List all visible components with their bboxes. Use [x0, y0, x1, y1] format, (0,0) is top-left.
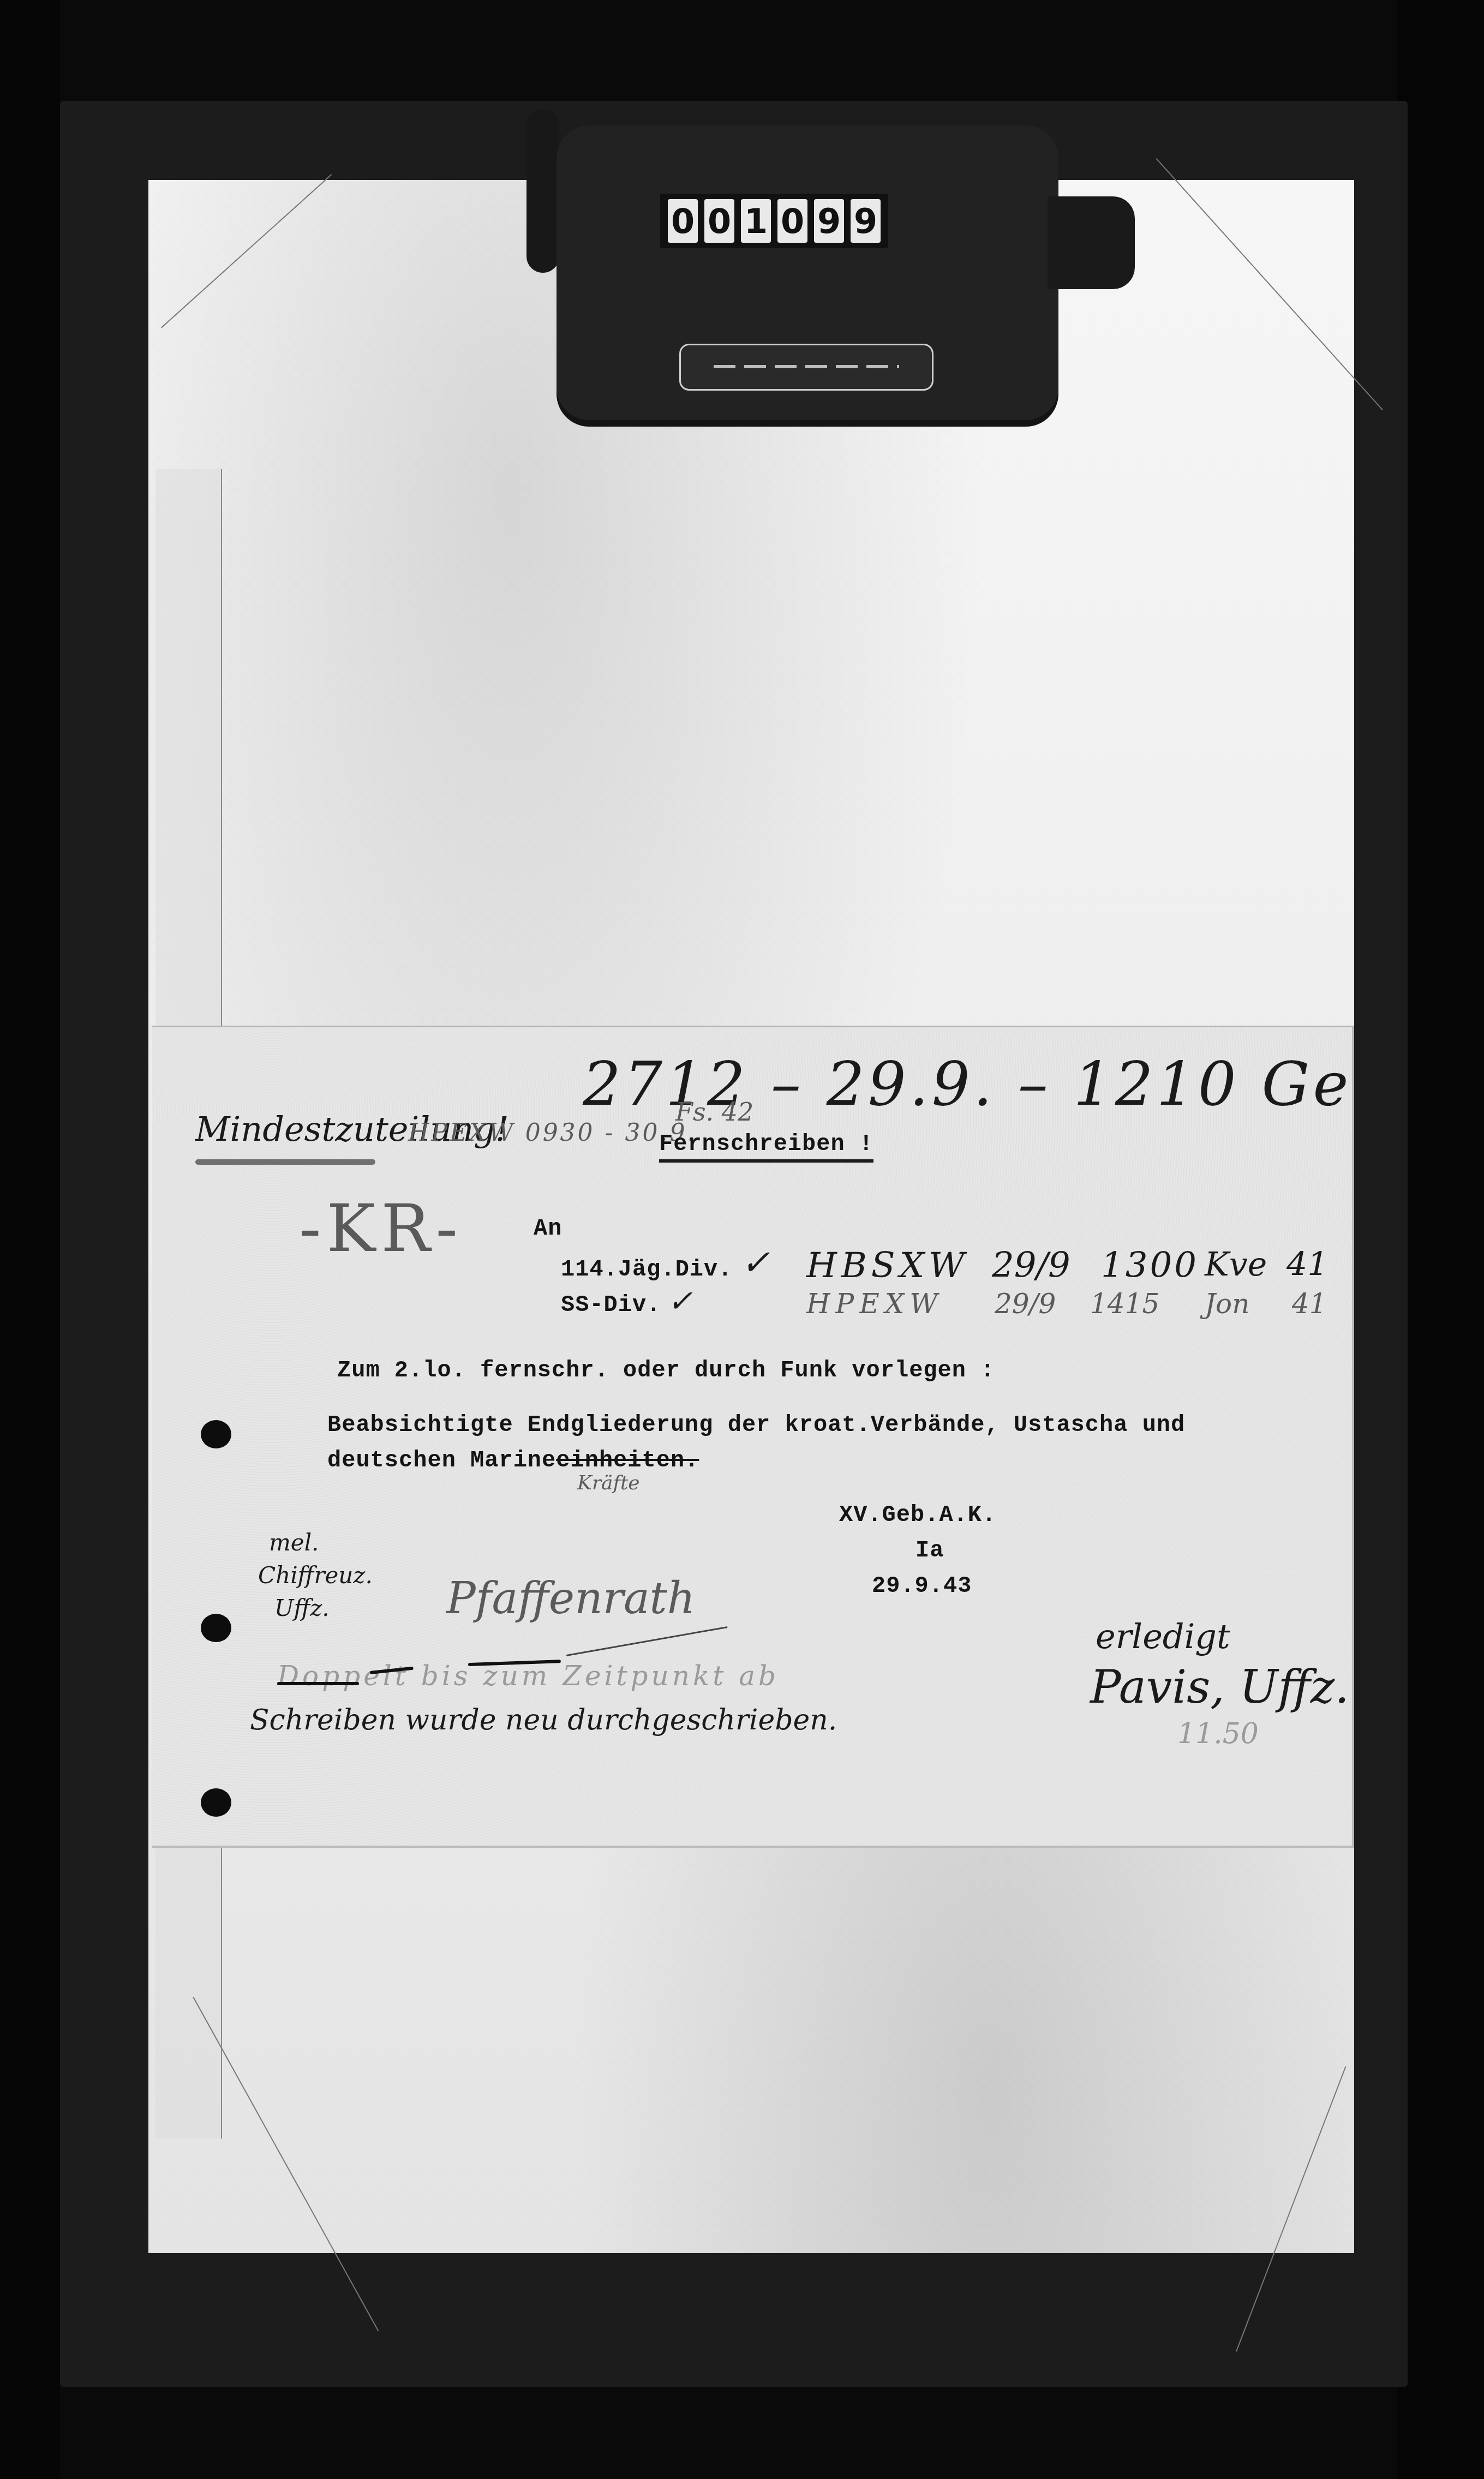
sender-unit: XV.Geb.A.K. — [839, 1502, 996, 1528]
counter-display: 0 0 1 0 9 9 — [660, 194, 888, 248]
counter-digit: 0 — [668, 199, 698, 243]
recipient-unit: SS-Div. — [561, 1292, 661, 1318]
done-signature: Pavis, Uffz. — [1090, 1660, 1349, 1714]
bottom-note: Schreiben wurde neu durchgeschrieben. — [250, 1704, 837, 1737]
instruction-line: Zum 2.lo. fernschr. oder durch Funk vorl… — [337, 1357, 995, 1384]
recipient-unit: 114.Jäg.Div. — [561, 1256, 732, 1283]
recipient-number: 41 — [1292, 1288, 1327, 1320]
sender-department: Ia — [915, 1537, 944, 1564]
sender-date: 29.9.43 — [872, 1573, 972, 1599]
document-title: Fernschreiben ! — [659, 1131, 873, 1163]
handwritten-correction: Kräfte — [577, 1472, 640, 1494]
recipient-date: 29/9 — [995, 1288, 1056, 1320]
transmission-note: HPEXW 0930 - 30.9. — [408, 1119, 697, 1147]
recipient-label: An — [534, 1215, 562, 1242]
struck-handwritten-line: Doppelt bis zum Zeitpunkt ab — [277, 1660, 779, 1692]
fs-number: Fs. 42 — [675, 1097, 753, 1127]
check-mark: ✓ — [741, 1243, 770, 1283]
recipient-callsign: HBSXW — [806, 1246, 969, 1286]
telegram-sheet: 2712 – 29.9. – 1210 Ge Mindestzuteilung!… — [152, 1026, 1354, 1846]
margin-note-line: Uffz. — [274, 1595, 330, 1621]
priority-note-underline — [195, 1159, 375, 1165]
body-line-text: deutschen Marine — [327, 1447, 556, 1474]
punch-hole — [201, 1788, 231, 1817]
punch-hole — [201, 1420, 231, 1448]
connector-stroke — [566, 1626, 728, 1656]
recipient-number: 41 — [1286, 1246, 1328, 1284]
recipient-time: 1300 — [1101, 1246, 1199, 1286]
counter-digit: 1 — [741, 199, 771, 243]
scan-background-right — [1397, 0, 1484, 2479]
struck-text: einheiten. — [556, 1447, 699, 1474]
counter-digit: 0 — [704, 199, 734, 243]
recipient-operator: Kve — [1205, 1246, 1267, 1284]
recipient-date: 29/9 — [992, 1246, 1070, 1286]
signature: Pfaffenrath — [446, 1573, 695, 1624]
check-mark: ✓ — [667, 1284, 693, 1319]
punch-hole — [201, 1614, 231, 1642]
margin-note-line: mel. — [269, 1529, 319, 1556]
done-note: erledigt — [1096, 1616, 1230, 1656]
margin-note-line: Chiffreuz. — [258, 1562, 373, 1589]
body-line: Beabsichtigte Endgliederung der kroat.Ve… — [327, 1412, 1185, 1438]
counter-digit: 9 — [814, 199, 844, 243]
classification-mark: -KR- — [299, 1191, 463, 1267]
counter-knob — [1048, 196, 1135, 289]
counter-digit: 0 — [777, 199, 807, 243]
counter-nameplate — [679, 344, 934, 391]
strike-stroke — [277, 1682, 359, 1685]
recipient-time: 1415 — [1090, 1288, 1159, 1320]
counter-cable — [526, 109, 559, 273]
counter-digit: 9 — [851, 199, 881, 243]
body-line: deutschen Marineeinheiten. — [327, 1447, 699, 1474]
recipient-callsign: HPEXW — [806, 1288, 943, 1320]
pencil-mark: 11.50 — [1177, 1717, 1259, 1750]
scan-background-left — [0, 0, 60, 2479]
recipient-operator: Jon — [1205, 1288, 1249, 1320]
